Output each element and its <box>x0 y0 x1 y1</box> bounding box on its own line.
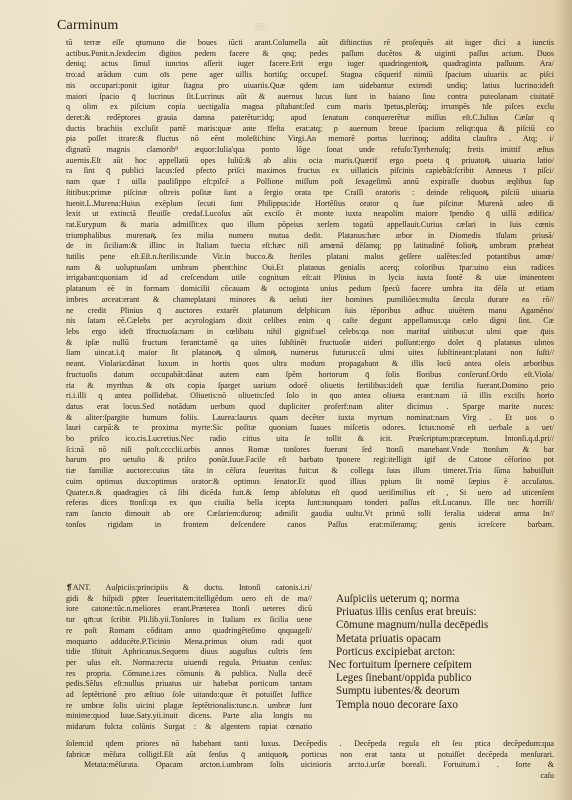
commentary-line: referas dices ītonſi:qa ex quo ciuilia b… <box>66 498 554 509</box>
lower-commentary-line: gidi & hiſpidi pp̄ter ſeueritatem:itelli… <box>66 594 312 605</box>
running-head: Carminum <box>57 18 118 34</box>
commentary-line: ductis brachiis excluſit partē maris:quæ… <box>66 124 554 135</box>
manuscript-page: 88 Carminum tū terræ eſſe qtumuno die bo… <box>0 0 572 800</box>
commentary-line: ne credit Plinius q̄ auctores extarēt pl… <box>66 306 554 317</box>
commentary-line: auernis.Eſt aūt hoc appellatū opes Iuliū… <box>66 156 554 167</box>
commentary-line: deniq; actus ſimul iunctos aſſerit iuger… <box>66 59 554 70</box>
commentary-line: platanum eē in formam domicilii cōcauam … <box>66 284 554 295</box>
tail-line: ſolem:id qdem priores nō habebant tanti … <box>66 739 554 750</box>
commentary-line: īutilis pene eſt.Eſt.n.ſterilis:unde Vir… <box>66 252 554 263</box>
commentary-line: ſtitibus:primæ piſcinæ oſtreis poſitæ ſu… <box>66 188 554 199</box>
lower-commentary-line: pedis.Sēſus eſt:nullus priuatus uir habe… <box>66 679 312 690</box>
commentary-line: ria & myrthus & oīs copia ſparget uarium… <box>66 381 554 392</box>
lower-commentary-line: tur qm̄:ut ſcribit Pli.lib.yii.Tonſores … <box>66 615 312 626</box>
verse-line: Cōmune magnum/nulla decēpedis <box>328 619 558 632</box>
commentary-line: nam quæ ī uilla pauliſippo eſt:piſcē a P… <box>66 177 554 188</box>
commentary-line: ra ſint q̄ publici lacus:ſed pfecto priſ… <box>66 166 554 177</box>
commentary-line: bo priſco ico.cis.Lucretius.Nec radio ci… <box>66 434 554 445</box>
lower-commentary-line: minime:quod Iuue.Saty.yii.inuit dicens. … <box>66 711 312 722</box>
verse-line: Priuatus illis cenſus erat breuis: <box>328 606 558 619</box>
lower-commentary-line: re umbræ ſolis uicini plagæ ſeptētrional… <box>66 701 312 712</box>
verse-line: Porticus excipiebat arcton: <box>328 646 558 659</box>
commentary-line: & ipſæ nullū fructum ferant:tamē qa uite… <box>66 338 554 349</box>
verse-line: Leges ſinebant/oppida publico <box>328 672 558 685</box>
lower-commentary-line: re poſt Romam cōditam anno quadringēteſi… <box>66 626 312 637</box>
commentary-line: barum pro uetuſto & priſco ponūt.Iuue.Fa… <box>66 455 554 466</box>
verse-line: Nec fortuitum ſpernere ceſpitem <box>328 659 558 672</box>
commentary-line: tiæ familiæ auctore:cuius tāta in cēſura… <box>66 466 554 477</box>
commentary-line: cuim optimus dux:optimus orator:& optimu… <box>66 477 554 488</box>
commentary-line: fructuoſis datum occupabāt:dānat autem e… <box>66 370 554 381</box>
commentary-line: & aliter:ſpargite humum foliis. Laurea:l… <box>66 413 554 424</box>
commentary-line: Quater.n.& quadragies cā ſibi dicēda fui… <box>66 488 554 499</box>
commentary-line: lebs ergo ideſt īfructuoſa:nam in cœliba… <box>66 327 554 338</box>
tail-line: fabricæ mēſura colligif.Eſt aūt ſenſus q… <box>66 750 554 761</box>
commentary-line: īuenit.L.Murena:Huius exēplum ſecuti ſun… <box>66 199 554 210</box>
commentary-line: lexit ut extinctā fleuiſſe credaf.Lucolu… <box>66 209 554 220</box>
commentary-line: ram ſancto dimouit ab ore Cæſariem:duroq… <box>66 509 554 520</box>
commentary-line: de in ſiciliam:& illinc in Italiam īuect… <box>66 241 554 252</box>
commentary-line: tro:ad arādum cum oīs pene ager uillis h… <box>66 70 554 81</box>
lower-commentary-line: per uſus eſt. Norma:recta uiuendi regula… <box>66 658 312 669</box>
lower-commentary-line: midarum fulcta colūnis Surgat : & algent… <box>66 722 312 733</box>
commentary-line: rat.Eurypum & maria admiſſit:ex quo illu… <box>66 220 554 231</box>
commentary-line: nam & uoluptuoſam umbram pbent:hinc Oui.… <box>66 263 554 274</box>
commentary-line: deret:& redēptores grauia damna paterētu… <box>66 113 554 124</box>
commentary-line: irrigabant:quoniam id ad creſcendum util… <box>66 273 554 284</box>
commentary-line: triumphalibus murenaꝶ ſex milia numero m… <box>66 231 554 242</box>
verse-line: Sumptu iubentes/& deorum <box>328 685 558 698</box>
commentary-line: lauri carpā:& te proxima myrte:Sic poſit… <box>66 423 554 434</box>
tail-line: caſu <box>66 771 554 782</box>
commentary-line: pia poſſet itrare:& fluctus nō eēnt mole… <box>66 134 554 145</box>
verse-line: Templa nouo decorare ſaxo <box>328 699 558 712</box>
commentary-line: nis ſatam eē.Cælebs per acyrologiam dixi… <box>66 316 554 327</box>
lower-commentary-line: moquarto adducēte.P.Ticinio Mena.primus … <box>66 637 312 648</box>
commentary-line: tonſos rigidam in frontem deſcendere can… <box>66 520 554 531</box>
verse-column: Auſpiciis ueterum q; normaPriuatus illis… <box>328 593 558 712</box>
commentary-line: neant. Violaria:dānat luxum in hortis qu… <box>66 359 554 370</box>
folio-mark: 88 <box>255 22 265 33</box>
commentary-line: ri.i.illi q antea poſſidebat. Oliuetis:n… <box>66 391 554 402</box>
commentary-line: nis occupari:ponit igitur ſtagna pro uiu… <box>66 81 554 92</box>
lower-commentary-line: ❡ANT. Auſpiciis:principiis & ductu. Into… <box>66 583 312 594</box>
commentary-line: imbres arceat:erant & chameplatani minor… <box>66 295 554 306</box>
commentary-line: q olim ex piſcium copia uectigalia magna… <box>66 102 554 113</box>
lower-commentary-line: res propria. Cōmune.i.res cōmunis & publ… <box>66 669 312 680</box>
commentary-line: ſci:nā nō niſi poſt.cccclii.urbis annos … <box>66 445 554 456</box>
commentary-line: dignatū magnis clamorib⁹ æquor:Iulia'qua… <box>66 145 554 156</box>
lower-commentary-line: tidie īſtituit Aphricanus.Sequens diuus … <box>66 647 312 658</box>
commentary-line: ſiam uincat.i.q̄ maior ſit platanoꝶ q̄ u… <box>66 348 554 359</box>
commentary-line: maiori ſpacio q̄ lucrinus ſit.Lucrinus a… <box>66 92 554 103</box>
lower-commentary-line: iore catone:tūc.n.meliores erant.Prætere… <box>66 604 312 615</box>
commentary-line: actibus.Ponit.n.ſexdecim digitos pedem f… <box>66 49 554 60</box>
lower-commentary-line: ad ſeptētrionē pro æſtiuo ſole uitando:q… <box>66 690 312 701</box>
commentary-line: datus erat locus.Sed notādum uerbum quod… <box>66 402 554 413</box>
tail-line: Metata:mēſurata. Opacam arcton.i.umbram … <box>66 760 554 771</box>
commentary-block: tū terræ eſſe qtumuno die boues iūcti ar… <box>66 38 554 530</box>
commentary-line: tū terræ eſſe qtumuno die boues iūcti ar… <box>66 38 554 49</box>
tail-commentary: ſolem:id qdem priores nō habebant tanti … <box>66 739 554 782</box>
verse-line: Auſpiciis ueterum q; norma <box>328 593 558 606</box>
lower-commentary-column: ❡ANT. Auſpiciis:principiis & ductu. Into… <box>66 583 312 733</box>
verse-line: Metata priuatis opacam <box>328 633 558 646</box>
